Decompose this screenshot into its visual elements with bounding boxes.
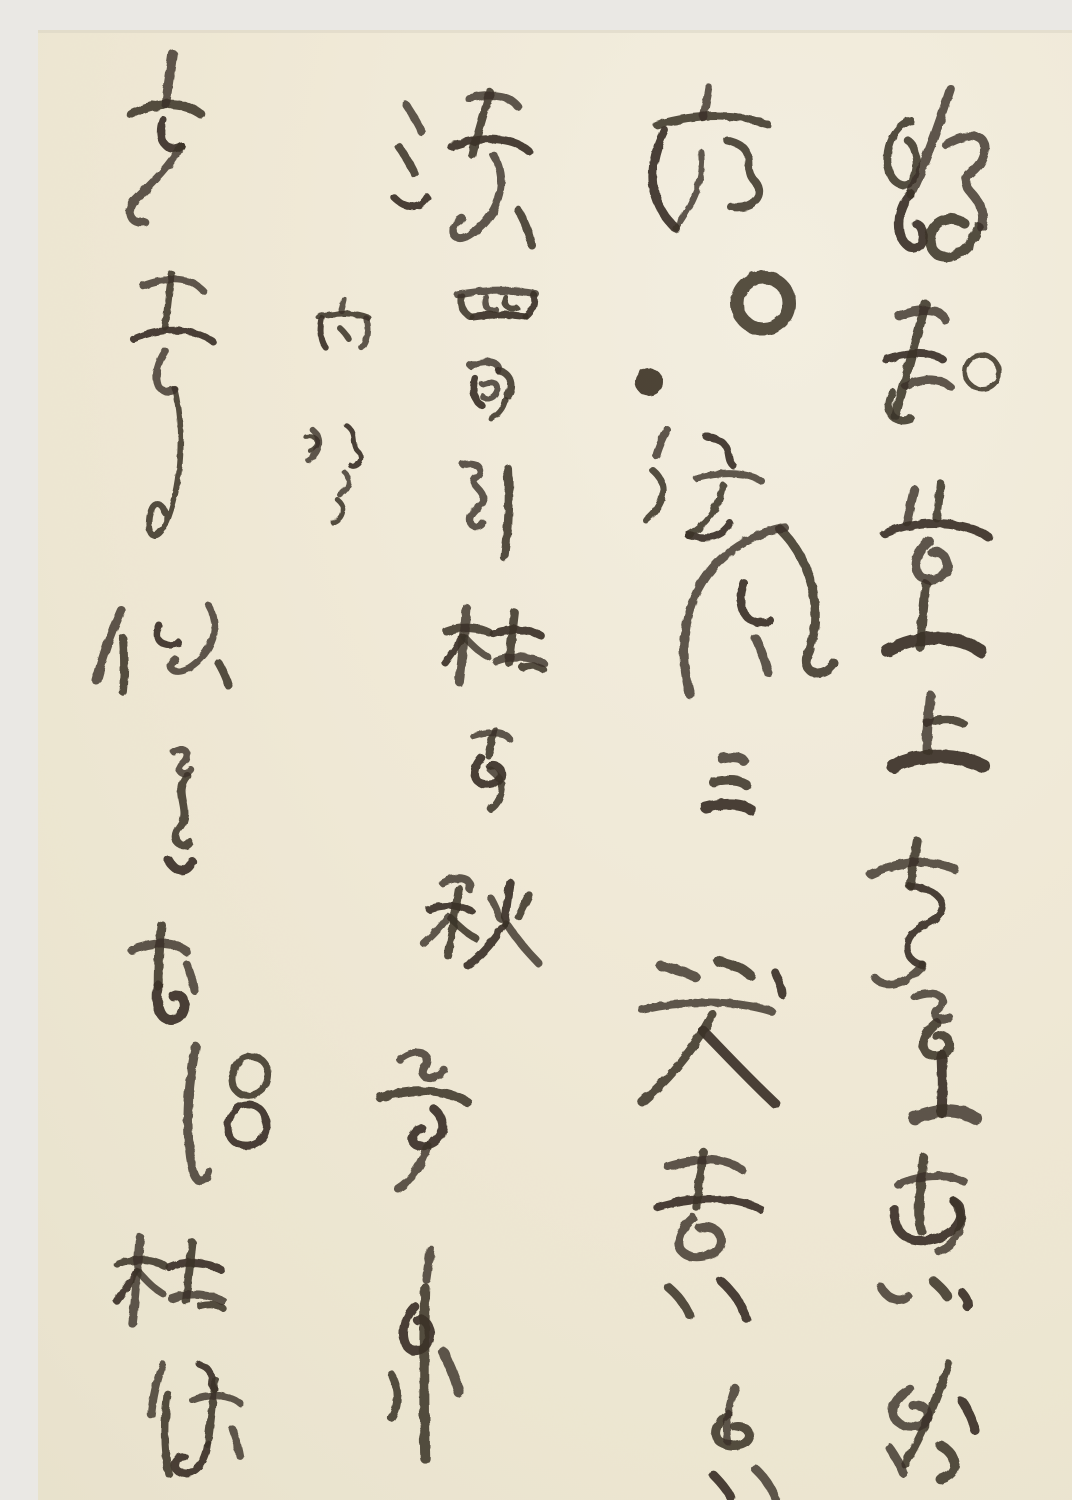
paper-background bbox=[0, 0, 1072, 1500]
calligraphy-artwork bbox=[0, 0, 1072, 1500]
paper-edge-shadow bbox=[38, 30, 1072, 33]
solid-dot-mark bbox=[635, 368, 663, 396]
calligraphy-page bbox=[0, 0, 1072, 1500]
